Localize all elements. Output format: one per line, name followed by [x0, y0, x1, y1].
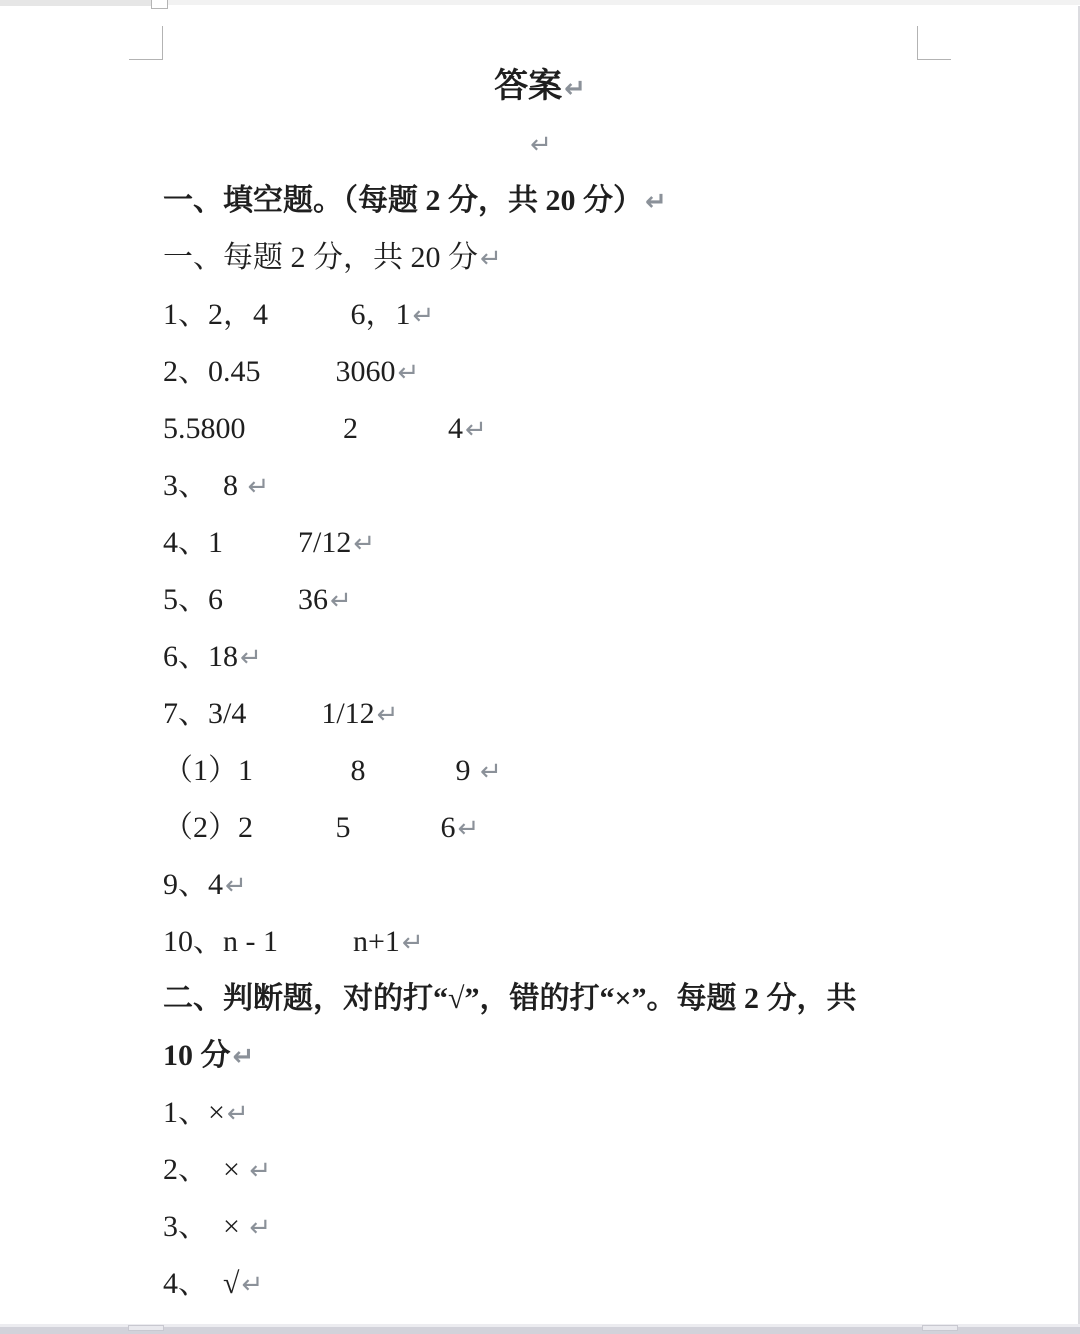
line-text: 6、18	[163, 640, 238, 673]
line-text: 5.5800 2 4	[163, 412, 463, 445]
paragraph-return-icon: ↵	[643, 187, 667, 217]
paragraph-return-icon: ↵	[351, 529, 375, 559]
line-text: 3、 ×	[163, 1210, 247, 1243]
answer-line-4: 4、1 7/12↵	[0, 514, 1080, 571]
paragraph-return-icon: ↵	[400, 928, 424, 958]
line-text: 1、×	[163, 1096, 225, 1129]
answer-line-6: 6、18↵	[0, 628, 1080, 685]
line-text: 5、6 36	[163, 583, 328, 616]
paragraph-return-icon: ↵	[456, 814, 480, 844]
paragraph-return-icon: ↵	[247, 1156, 271, 1186]
empty-paragraph: ↵	[0, 115, 1080, 172]
paragraph-return-icon: ↵	[231, 1042, 255, 1072]
answer-line-5-continuation: 5.5800 2 4↵	[0, 400, 1080, 457]
line-text: 10、n - 1 n+1	[163, 925, 400, 958]
toolbar-bottom-edge-right	[168, 0, 1080, 5]
document-page: 答案↵ ↵ 一、填空题。（每题 2 分，共 20 分）↵ 一、每题 2 分，共 …	[0, 58, 1080, 1312]
section-2-heading-line-2: 10 分↵	[0, 1027, 1080, 1084]
toolbar-notch	[151, 0, 168, 9]
page-margin-mark-bottom-left	[128, 1325, 164, 1331]
paragraph-return-icon: ↵	[396, 358, 420, 388]
judgment-answer-3: 3、 × ↵	[0, 1198, 1080, 1255]
line-text: 答案	[494, 68, 562, 105]
paragraph-return-icon: ↵	[375, 700, 399, 730]
toolbar-bottom-edge-left	[0, 0, 152, 6]
line-text: 一、填空题。（每题 2 分，共 20 分）	[163, 184, 643, 217]
section-1-heading: 一、填空题。（每题 2 分，共 20 分）↵	[0, 172, 1080, 229]
paragraph-return-icon: ↵	[463, 415, 487, 445]
answer-line-9: 9、4↵	[0, 856, 1080, 913]
line-text: （2）2 5 6	[163, 811, 456, 844]
page-margin-mark-top-left	[129, 26, 163, 60]
answer-line-3: 3、 8 ↵	[0, 457, 1080, 514]
paragraph-return-icon: ↵	[246, 472, 270, 502]
paragraph-return-icon: ↵	[223, 871, 247, 901]
line-text: （1）1 8 9	[163, 754, 478, 787]
paragraph-return-icon: ↵	[528, 130, 552, 160]
answer-line-1: 1、2，4 6，1↵	[0, 286, 1080, 343]
answer-line-2: 2、0.45 3060↵	[0, 343, 1080, 400]
answer-line-8-part-1: （1）1 8 9 ↵	[0, 742, 1080, 799]
paragraph-return-icon: ↵	[239, 1270, 263, 1300]
paragraph-return-icon: ↵	[478, 757, 502, 787]
paragraph-return-icon: ↵	[247, 1213, 271, 1243]
section-2-heading-line-1: 二、判断题，对的打“√”，错的打“×”。每题 2 分，共	[0, 970, 1080, 1027]
paragraph-return-icon: ↵	[225, 1099, 249, 1129]
answer-line-7: 7、3/4 1/12↵	[0, 685, 1080, 742]
paragraph-return-icon: ↵	[478, 244, 502, 274]
line-text: 1、2，4 6，1	[163, 298, 411, 331]
line-text: 2、 ×	[163, 1153, 247, 1186]
paragraph-return-icon: ↵	[328, 586, 352, 616]
judgment-answer-2: 2、 × ↵	[0, 1141, 1080, 1198]
page-margin-mark-bottom-right	[922, 1325, 958, 1331]
answer-line-8-part-2: （2）2 5 6↵	[0, 799, 1080, 856]
line-text: 7、3/4 1/12	[163, 697, 375, 730]
answer-line-5: 5、6 36↵	[0, 571, 1080, 628]
line-text: 3、 8	[163, 469, 246, 502]
judgment-answer-4: 4、 √↵	[0, 1255, 1080, 1312]
page-margin-mark-top-right	[917, 26, 951, 60]
line-text: 9、4	[163, 868, 223, 901]
document-viewport: 答案↵ ↵ 一、填空题。（每题 2 分，共 20 分）↵ 一、每题 2 分，共 …	[0, 0, 1080, 1334]
line-text: 二、判断题，对的打“√”，错的打“×”。每题 2 分，共	[163, 982, 857, 1015]
answer-line-10: 10、n - 1 n+1↵	[0, 913, 1080, 970]
paragraph-return-icon: ↵	[238, 643, 262, 673]
line-text: 4、 √	[163, 1267, 239, 1300]
line-text: 4、1 7/12	[163, 526, 351, 559]
doc-title: 答案↵	[0, 58, 1080, 115]
paragraph-return-icon: ↵	[411, 301, 435, 331]
line-text: 10 分	[163, 1039, 231, 1072]
section-1-subheading: 一、每题 2 分，共 20 分↵	[0, 229, 1080, 286]
paragraph-return-icon: ↵	[562, 74, 586, 104]
line-text: 2、0.45 3060	[163, 355, 396, 388]
line-text: 一、每题 2 分，共 20 分	[163, 241, 478, 274]
judgment-answer-1: 1、×↵	[0, 1084, 1080, 1141]
